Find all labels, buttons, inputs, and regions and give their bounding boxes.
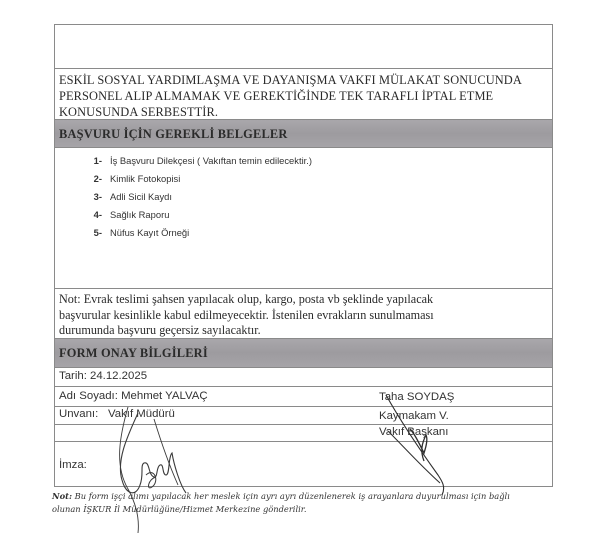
signature-row: İmza:	[55, 442, 552, 488]
list-item: 1-İş Başvuru Dilekçesi ( Vakıftan temin …	[83, 152, 312, 170]
required-documents-list: 1-İş Başvuru Dilekçesi ( Vakıftan temin …	[83, 152, 312, 242]
signature-label: İmza:	[59, 459, 87, 471]
blank-row: Vakıf Başkanı	[55, 425, 552, 442]
date-row: Tarih: 24.12.2025	[55, 368, 552, 387]
footer-line-2: olunan İŞKUR İl Müdürlüğüne/Hizmet Merke…	[52, 503, 562, 516]
note-line-3: durumunda başvuru geçersiz sayılacaktır.	[59, 323, 552, 339]
intro-line-1: ESKİL SOSYAL YARDIMLAŞMA VE DAYANIŞMA VA…	[59, 72, 552, 88]
application-form: ESKİL SOSYAL YARDIMLAŞMA VE DAYANIŞMA VA…	[54, 24, 553, 487]
note-line-1: Not: Evrak teslimi şahsen yapılacak olup…	[59, 292, 552, 308]
approver-title-2: Vakıf Başkanı	[379, 426, 448, 438]
name-label: Adı Soyadı:	[59, 390, 118, 402]
title-value: Vakıf Müdürü	[108, 408, 175, 420]
intro-line-2: PERSONEL ALIP ALMAMAK VE GEREKTİĞİNDE TE…	[59, 88, 552, 104]
footer-note: Not: Bu form işçi alımı yapılacak her me…	[52, 490, 562, 516]
required-documents-section: 1-İş Başvuru Dilekçesi ( Vakıftan temin …	[55, 148, 552, 289]
name-field: Adı Soyadı: Mehmet YALVAÇ	[59, 390, 208, 402]
approver-name: Taha SOYDAŞ	[379, 391, 454, 403]
list-item: 3-Adli Sicil Kaydı	[83, 188, 312, 206]
name-value: Mehmet YALVAÇ	[121, 390, 208, 402]
approver-title-1: Kaymakam V.	[379, 410, 449, 422]
title-label: Unvanı:	[59, 408, 98, 420]
note-line-2: başvurular kesinlikle kabul edilmeyecekt…	[59, 308, 552, 324]
submission-note: Not: Evrak teslimi şahsen yapılacak olup…	[55, 289, 552, 339]
intro-line-3: KONUSUNDA SERBESTTİR.	[59, 104, 552, 120]
footer-line-1: Not: Bu form işçi alımı yapılacak her me…	[52, 490, 562, 503]
list-item: 5-Nüfus Kayıt Örneği	[83, 224, 312, 242]
list-item: 4-Sağlık Raporu	[83, 206, 312, 224]
blank-header-row	[55, 25, 552, 69]
footer-note-prefix: Not:	[52, 491, 72, 501]
approval-heading: FORM ONAY BİLGİLERİ	[55, 339, 552, 368]
required-documents-heading: BAŞVURU İÇİN GEREKLİ BELGELER	[55, 120, 552, 148]
list-item: 2-Kimlik Fotokopisi	[83, 170, 312, 188]
date-text: Tarih: 24.12.2025	[59, 370, 147, 382]
title-row: Unvanı: Vakıf Müdürü Kaymakam V.	[55, 407, 552, 425]
intro-statement: ESKİL SOSYAL YARDIMLAŞMA VE DAYANIŞMA VA…	[55, 69, 552, 120]
name-row: Adı Soyadı: Mehmet YALVAÇ Taha SOYDAŞ	[55, 387, 552, 407]
